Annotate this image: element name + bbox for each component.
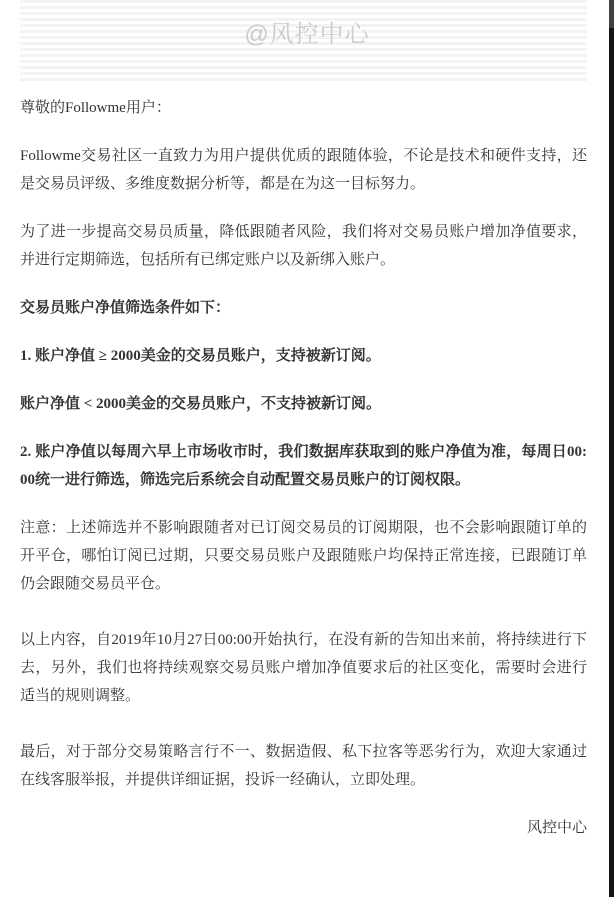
paragraph-report: 最后，对于部分交易策略言行不一、数据造假、私下拉客等恶劣行为，欢迎大家通过在线客… <box>20 738 587 794</box>
paragraph-conditions-heading: 交易员账户净值筛选条件如下： <box>20 294 587 322</box>
signature: 风控中心 <box>20 814 587 842</box>
right-edge-strip <box>609 0 614 897</box>
paragraph-purpose: 为了进一步提高交易员质量，降低跟随者风险，我们将对交易员账户增加净值要求，并进行… <box>20 218 587 274</box>
paragraph-rule-2: 2. 账户净值以每周六早上市场收市时，我们数据库获取到的账户净值为准，每周日00… <box>20 438 587 494</box>
paragraph-intro: Followme交易社区一直致力为用户提供优质的跟随体验，不论是技术和硬件支持，… <box>20 142 587 198</box>
right-edge-strip-top <box>609 0 614 28</box>
announcement-page: @风控中心 尊敬的Followme用户： Followme交易社区一直致力为用户… <box>0 0 614 897</box>
paragraph-greeting: 尊敬的Followme用户： <box>20 94 587 122</box>
paragraph-note: 注意：上述筛选并不影响跟随者对已订阅交易员的订阅期限，也不会影响跟随订单的开平仓… <box>20 514 587 598</box>
announcement-body: 尊敬的Followme用户： Followme交易社区一直致力为用户提供优质的跟… <box>0 84 614 862</box>
paragraph-effective-date: 以上内容，自2019年10月27日00:00开始执行，在没有新的告知出来前，将持… <box>20 626 587 710</box>
paragraph-rule-1: 1. 账户净值 ≥ 2000美金的交易员账户，支持被新订阅。 <box>20 342 587 370</box>
paragraph-rule-1b: 账户净值 < 2000美金的交易员账户，不支持被新订阅。 <box>20 390 587 418</box>
watermark-text: @风控中心 <box>0 14 614 49</box>
